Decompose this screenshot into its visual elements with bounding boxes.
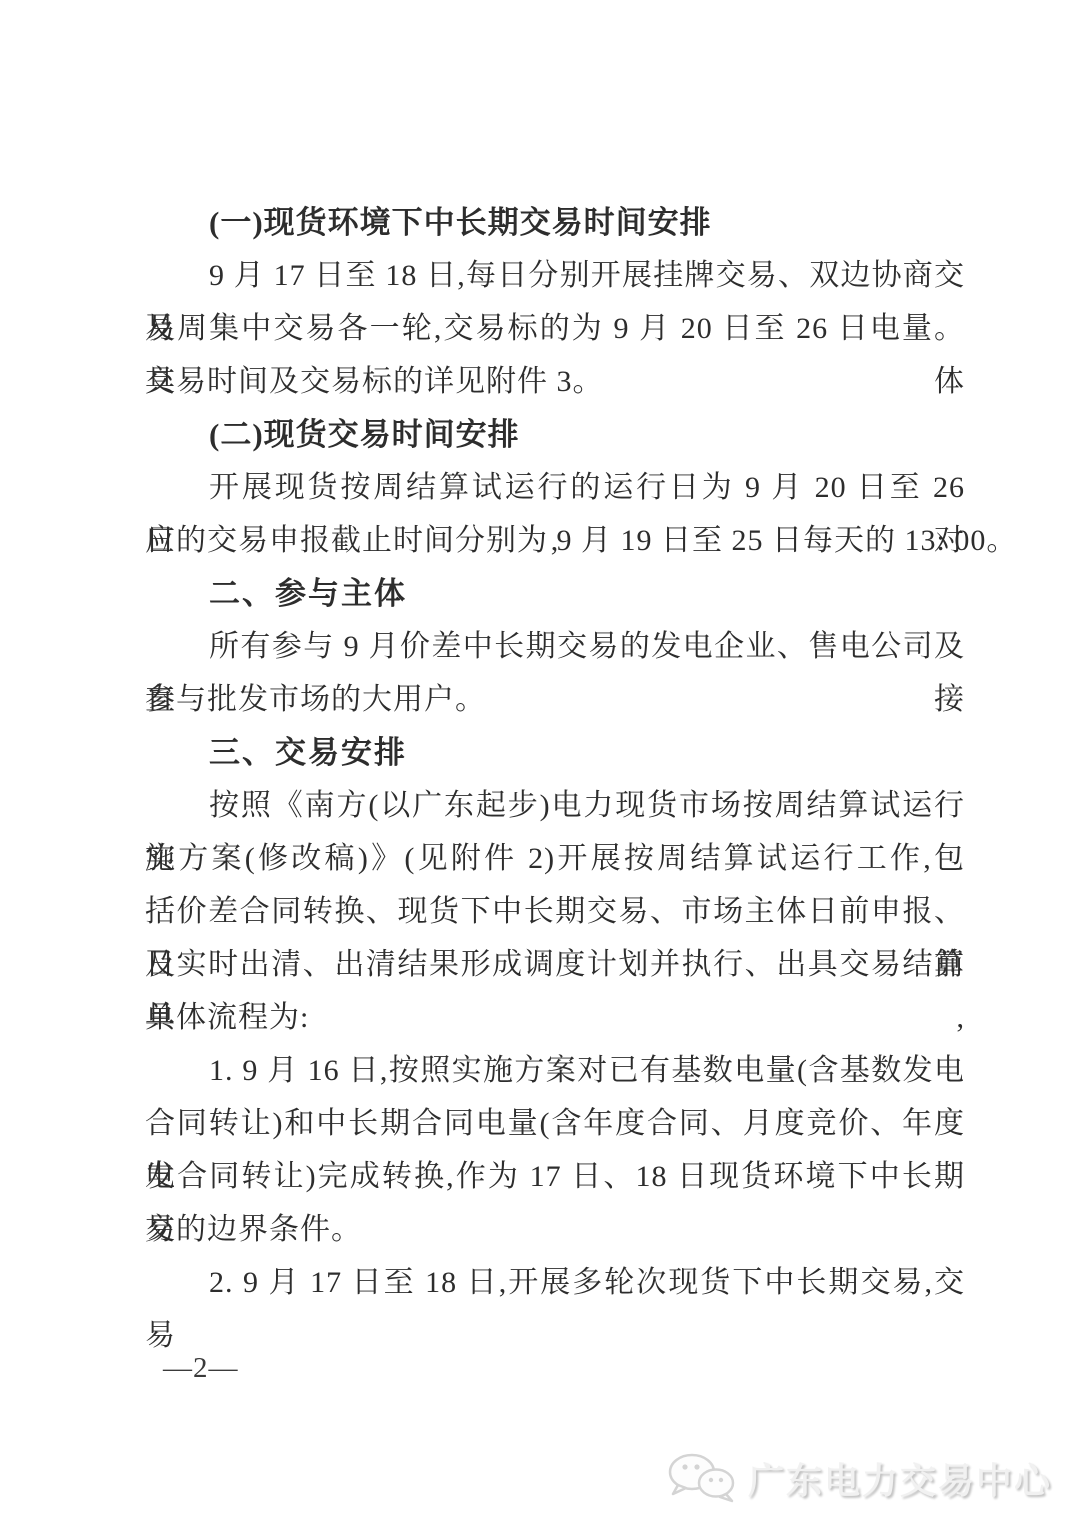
document-line: 应的交易申报截止时间分别为 9 月 19 日至 25 日每天的 13: 00。 <box>145 514 965 567</box>
document-line: 合同转让)和中长期合同电量(含年度合同、月度竞价、年度发 <box>145 1097 965 1150</box>
document-line: 易的边界条件。 <box>145 1203 965 1256</box>
document-line: 开展现货按周结算试运行的运行日为 9 月 20 日至 26 日,对 <box>145 461 965 514</box>
section-heading: (一)现货环境下中长期交易时间安排 <box>145 196 965 249</box>
footer-brand: 广东电力交易中心 <box>666 1452 1052 1504</box>
page-number: —2— <box>163 1352 239 1385</box>
wechat-icon <box>666 1452 738 1504</box>
document-body: (一)现货环境下中长期交易时间安排 9 月 17 日至 18 日,每日分别开展挂… <box>145 196 965 1309</box>
document-line: 及周集中交易各一轮,交易标的为 9 月 20 日至 26 日电量。具体 <box>145 302 965 355</box>
footer-brand-text: 广东电力交易中心 <box>748 1453 1052 1504</box>
document-line: 括价差合同转换、现货下中长期交易、市场主体日前申报、日前 <box>145 885 965 938</box>
section-heading: 二、参与主体 <box>145 567 965 620</box>
section-heading: 三、交易安排 <box>145 726 965 779</box>
document-line: 9 月 17 日至 18 日,每日分别开展挂牌交易、双边协商交易 <box>145 249 965 302</box>
document-line: 1. 9 月 16 日,按照实施方案对已有基数电量(含基数发电 <box>145 1044 965 1097</box>
document-line: 电合同转让)完成转换,作为 17 日、18 日现货环境下中长期交 <box>145 1150 965 1203</box>
document-line: 所有参与 9 月价差中长期交易的发电企业、售电公司及直接 <box>145 620 965 673</box>
section-heading: (二)现货交易时间安排 <box>145 408 965 461</box>
document-page: (一)现货环境下中长期交易时间安排 9 月 17 日至 18 日,每日分别开展挂… <box>0 0 1080 1527</box>
document-line: 2. 9 月 17 日至 18 日,开展多轮次现货下中长期交易,交易 <box>145 1256 965 1309</box>
document-line: 按照《南方(以广东起步)电力现货市场按周结算试运行实 <box>145 779 965 832</box>
document-line: 及实时出清、出清结果形成调度计划并执行、出具交易结算单, <box>145 938 965 991</box>
document-line: 施方案(修改稿)》(见附件 2)开展按周结算试运行工作,包 <box>145 832 965 885</box>
